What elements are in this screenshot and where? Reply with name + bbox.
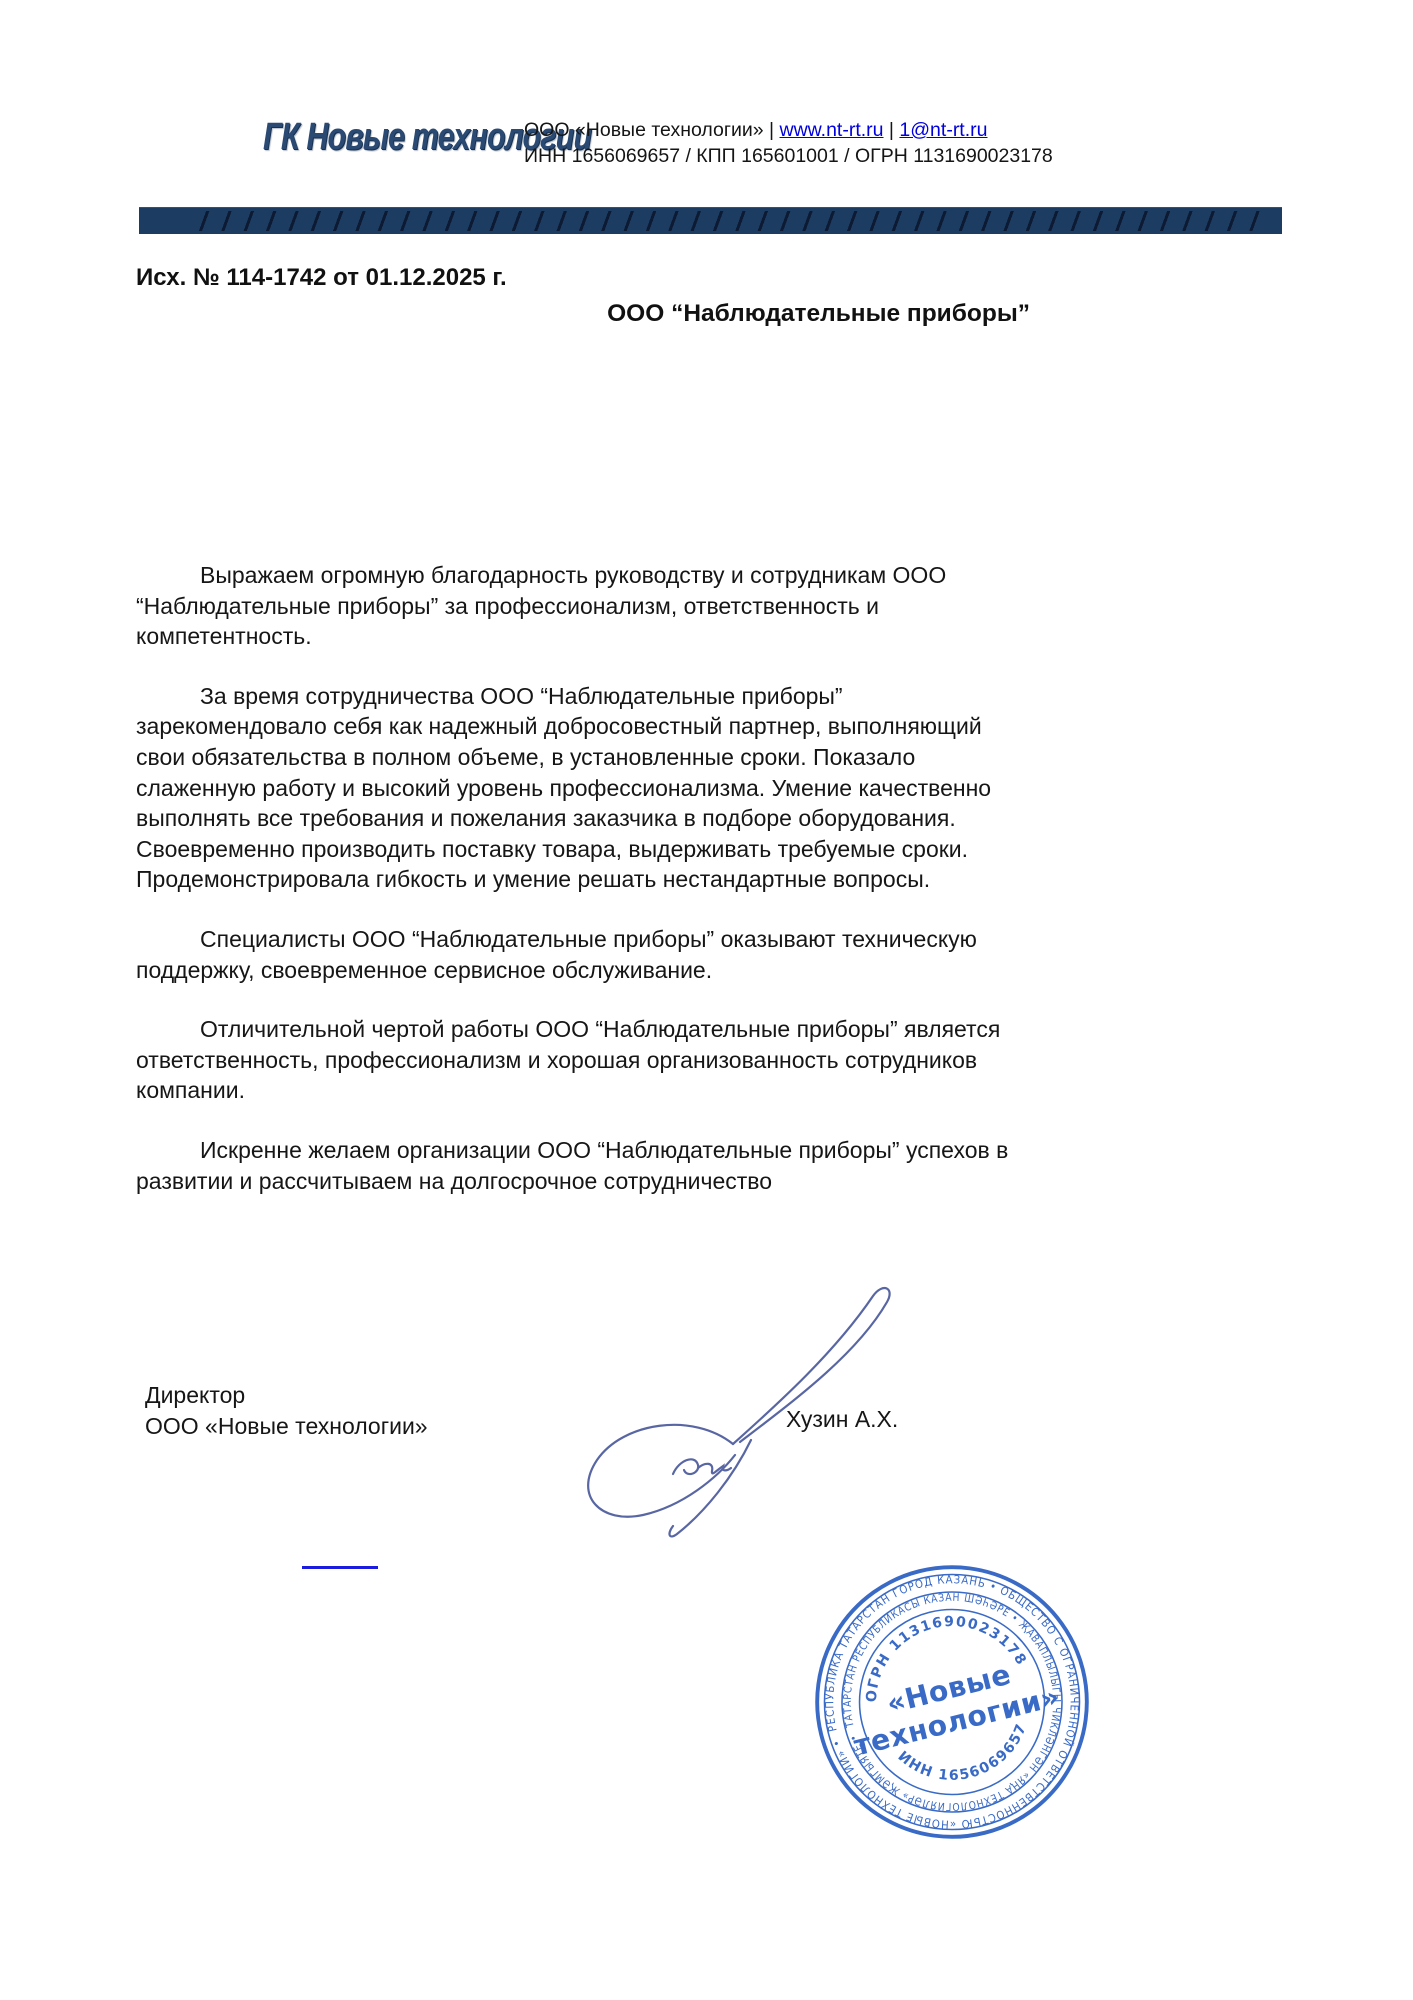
- signer-role-line2: ООО «Новые технологии»: [145, 1411, 428, 1442]
- banner-slash-pattern: [187, 211, 1270, 231]
- signer-role: Директор ООО «Новые технологии»: [145, 1380, 428, 1442]
- company-round-stamp: РЕСПУБЛИКА ТАТАРСТАН ГОРОД КАЗАНЬ • ОБЩЕ…: [806, 1556, 1098, 1848]
- letter-page: ГК Новые технологии ООО «Новые технологи…: [0, 0, 1413, 2000]
- header-org-line: ООО «Новые технологии» | www.nt-rt.ru | …: [524, 117, 1053, 143]
- email-link[interactable]: 1@nt-rt.ru: [899, 119, 987, 141]
- paragraph-specialists: Специалисты ООО “Наблюдательные приборы”…: [136, 924, 1036, 985]
- paragraph-wishes: Искренне желаем организации ООО “Наблюда…: [136, 1135, 1036, 1196]
- website-link[interactable]: www.nt-rt.ru: [780, 119, 884, 141]
- header-requisites: ИНН 1656069657 / КПП 165601001 / ОГРН 11…: [524, 143, 1053, 169]
- blue-underline-rule: [302, 1566, 378, 1569]
- header-contacts: ООО «Новые технологии» | www.nt-rt.ru | …: [524, 117, 1053, 169]
- paragraph-cooperation: За время сотрудничества ООО “Наблюдатель…: [136, 681, 1036, 895]
- addressee-title: ООО “Наблюдательные приборы”: [136, 300, 1030, 328]
- org-name: ООО «Новые технологии»: [524, 119, 764, 141]
- paragraph-distinctive: Отличительной чертой работы ООО “Наблюда…: [136, 1014, 1036, 1106]
- paragraph-gratitude: Выражаем огромную благодарность руководс…: [136, 560, 1036, 652]
- outgoing-ref-line: Исх. № 114-1742 от 01.12.2025 г.: [136, 264, 507, 292]
- header-banner: [139, 207, 1282, 234]
- letter-body: Выражаем огромную благодарность руководс…: [136, 560, 1036, 1225]
- handwritten-signature: [565, 1272, 905, 1542]
- signer-role-line1: Директор: [145, 1380, 428, 1411]
